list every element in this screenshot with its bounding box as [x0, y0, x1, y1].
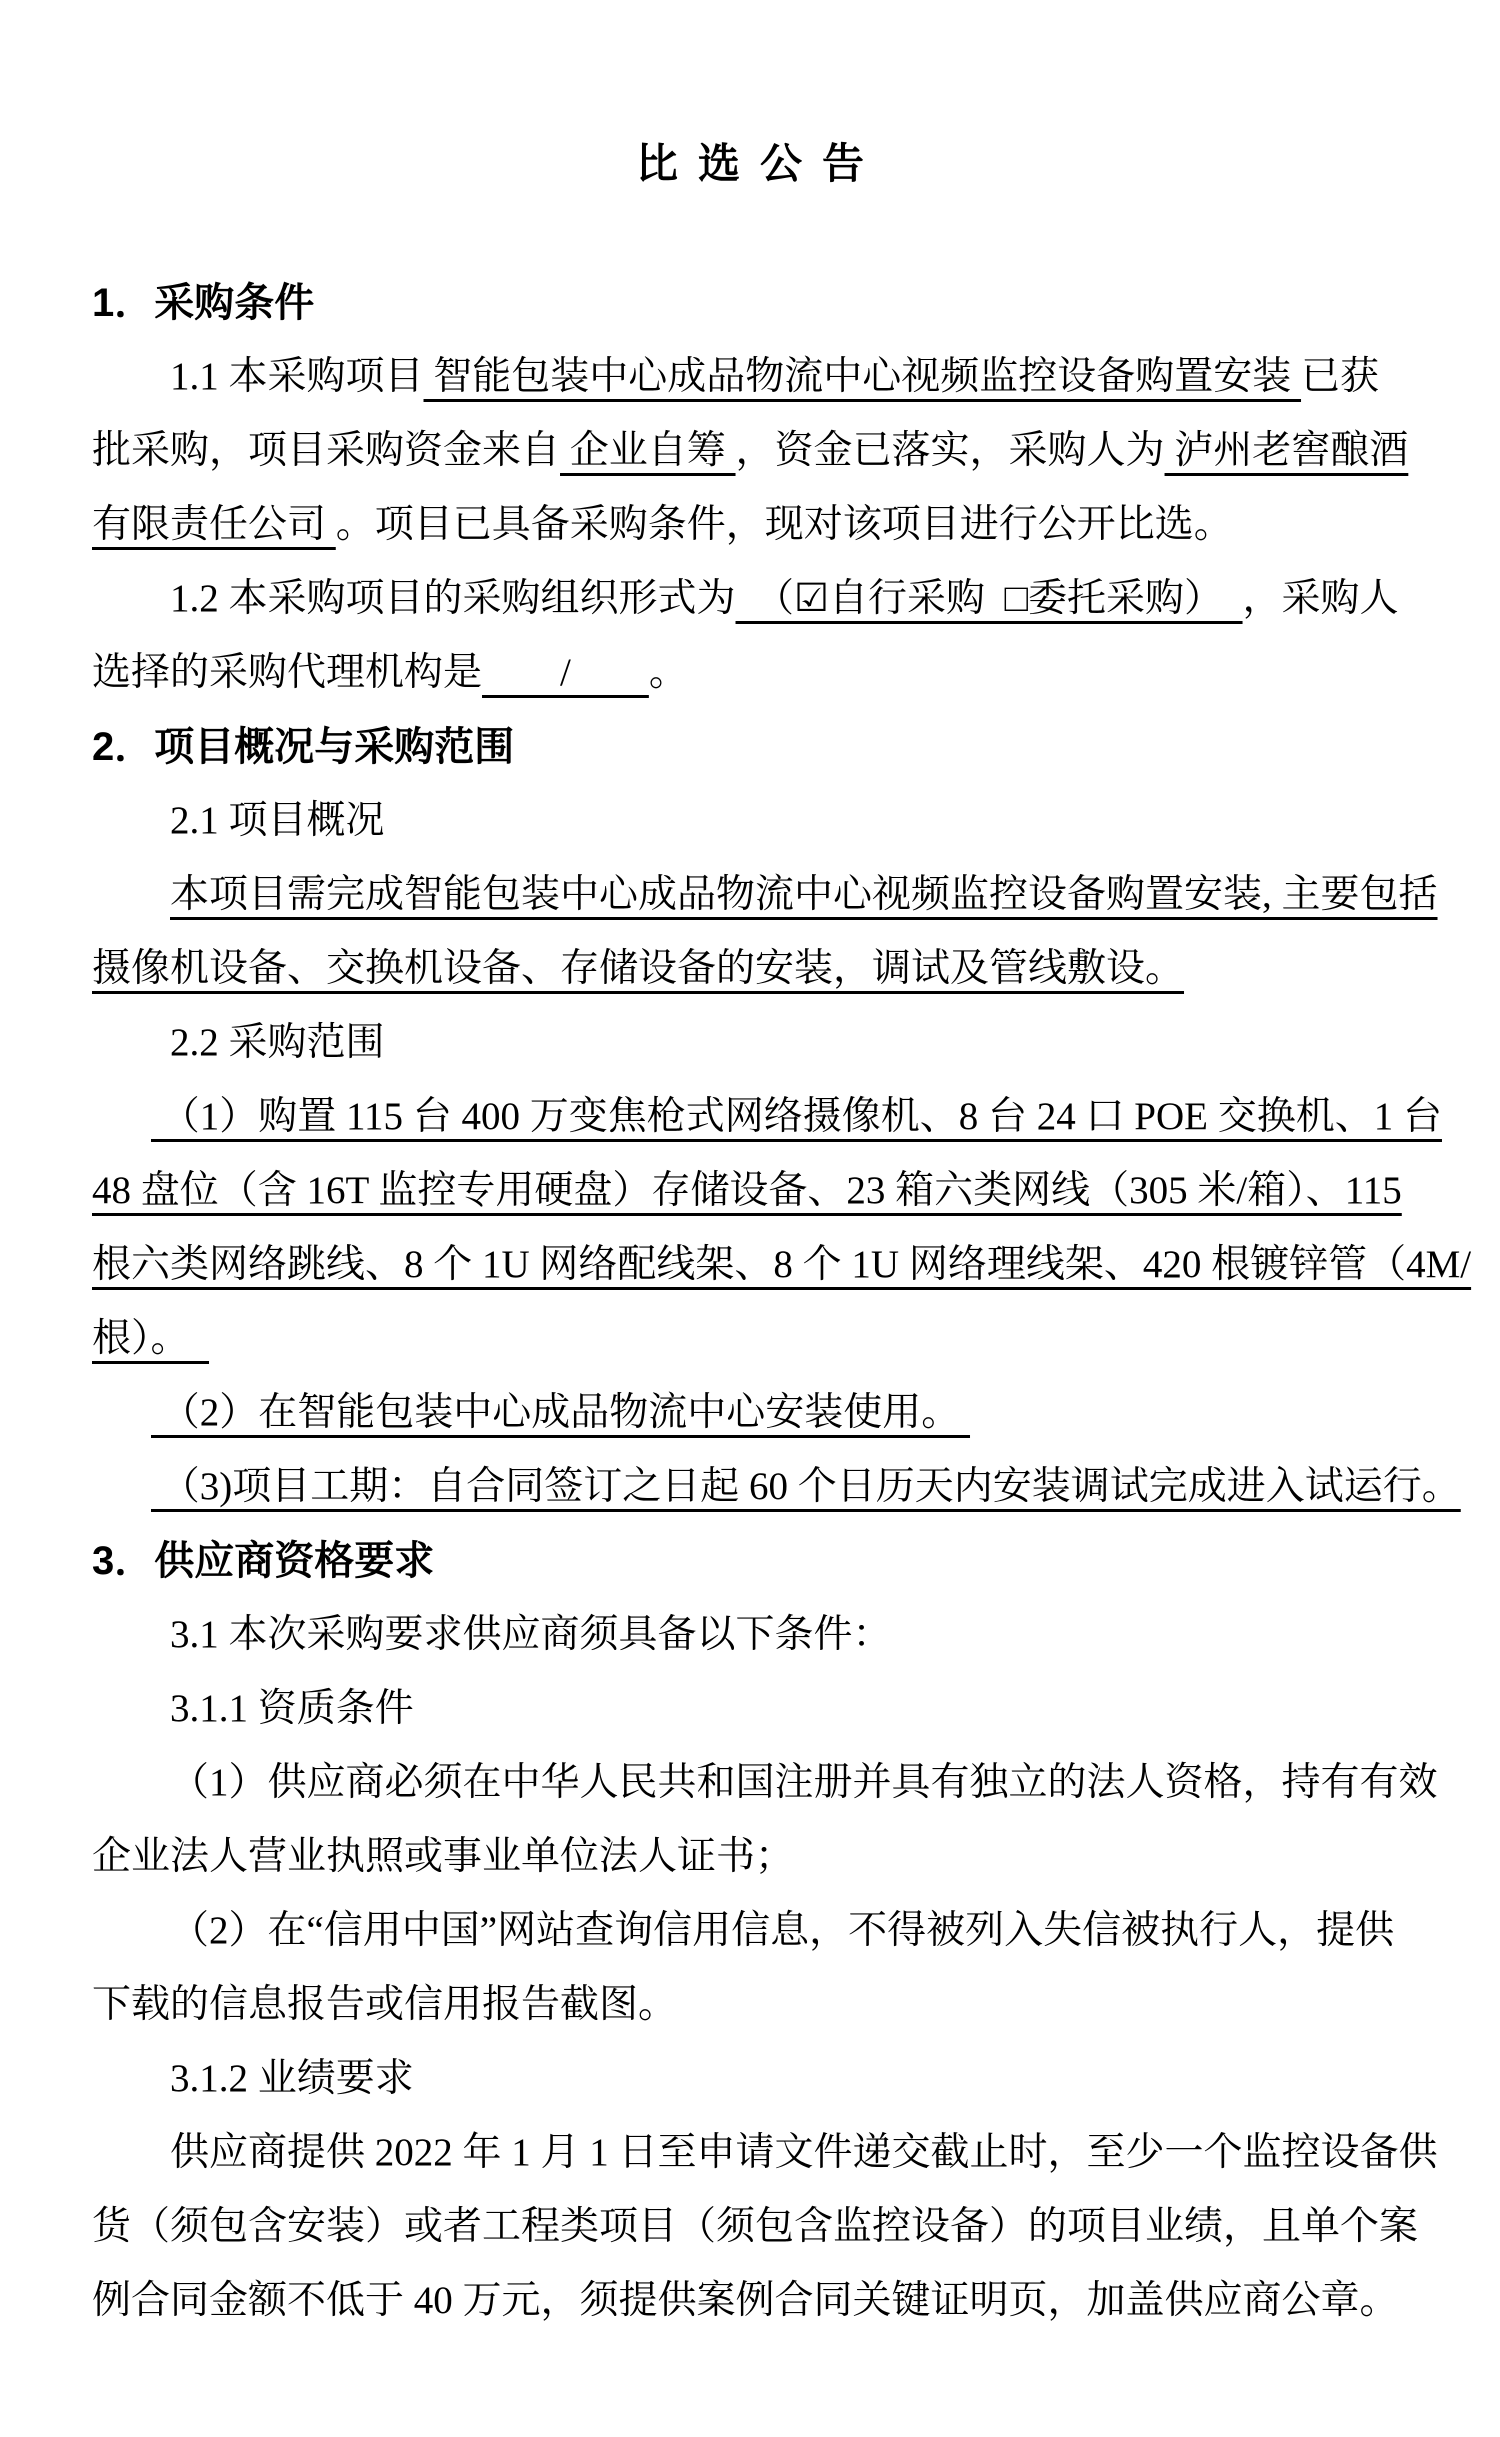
text-segment: 批采购，项目采购资金来自	[92, 429, 560, 472]
underlined-text-segment: （☑自行采购 □委托采购）	[736, 577, 1243, 620]
section-heading: 1．采购条件	[92, 266, 1408, 340]
doc-line: 货（须包含安装）或者工程类项目（须包含监控设备）的项目业绩，且单个案	[92, 2190, 1408, 2264]
doc-line: 有限责任公司 。项目已具备采购条件，现对该项目进行公开比选。	[92, 488, 1408, 562]
underlined-text-segment: （1）购置 115 台 400 万变焦枪式网络摄像机、8 台 24 口 POE …	[151, 1095, 1442, 1138]
doc-line: （2）在智能包装中心成品物流中心安装使用。	[92, 1376, 1408, 1450]
underlined-text-segment: （2）在智能包装中心成品物流中心安装使用。	[151, 1391, 970, 1434]
text-segment: 。	[649, 651, 688, 694]
underlined-text-segment: 根）。	[92, 1317, 209, 1360]
text-segment: 3.1.1 资质条件	[170, 1687, 414, 1730]
text-segment: 货（须包含安装）或者工程类项目（须包含监控设备）的项目业绩，且单个案	[92, 2205, 1418, 2248]
text-segment: 3．供应商资格要求	[92, 1539, 434, 1583]
document-content: 比选公告 1．采购条件1.1 本采购项目 智能包装中心成品物流中心视频监控设备购…	[92, 0, 1408, 2338]
doc-line: 48 盘位（含 16T 监控专用硬盘）存储设备、23 箱六类网线（305 米/箱…	[92, 1154, 1408, 1228]
text-segment: 供应商提供 2022 年 1 月 1 日至申请文件递交截止时，至少一个监控设备供	[170, 2131, 1438, 2174]
text-segment: 下载的信息报告或信用报告截图。	[92, 1983, 677, 2026]
text-segment: 2．项目概况与采购范围	[92, 725, 514, 769]
text-segment: 。项目已具备采购条件，现对该项目进行公开比选。	[336, 503, 1233, 546]
doc-line: 供应商提供 2022 年 1 月 1 日至申请文件递交截止时，至少一个监控设备供	[92, 2116, 1408, 2190]
doc-line: 3.1.2 业绩要求	[92, 2042, 1408, 2116]
underlined-text-segment: 根六类网络跳线、8 个 1U 网络配线架、8 个 1U 网络理线架、420 根镀…	[92, 1243, 1471, 1286]
doc-line: 下载的信息报告或信用报告截图。	[92, 1968, 1408, 2042]
text-segment: （1）供应商必须在中华人民共和国注册并具有独立的法人资格，持有有效	[170, 1761, 1438, 1804]
doc-line: 3.1 本次采购要求供应商须具备以下条件：	[92, 1598, 1408, 1672]
document-body: 1．采购条件1.1 本采购项目 智能包装中心成品物流中心视频监控设备购置安装 已…	[92, 266, 1408, 2338]
underlined-text-segment: 48 盘位（含 16T 监控专用硬盘）存储设备、23 箱六类网线（305 米/箱…	[92, 1169, 1402, 1212]
document-page: 比选公告 1．采购条件1.1 本采购项目 智能包装中心成品物流中心视频监控设备购…	[0, 0, 1500, 2437]
text-segment: ，资金已落实，采购人为	[736, 429, 1165, 472]
text-segment: 3.1 本次采购要求供应商须具备以下条件：	[170, 1613, 892, 1656]
text-segment: 2.1 项目概况	[170, 799, 385, 842]
text-segment: ，采购人	[1243, 577, 1399, 620]
doc-line: （1）购置 115 台 400 万变焦枪式网络摄像机、8 台 24 口 POE …	[92, 1080, 1408, 1154]
doc-line: 根六类网络跳线、8 个 1U 网络配线架、8 个 1U 网络理线架、420 根镀…	[92, 1228, 1408, 1302]
doc-line: 2.1 项目概况	[92, 784, 1408, 858]
text-segment: （2）在“信用中国”网站查询信用信息，不得被列入失信被执行人，提供	[170, 1909, 1394, 1952]
text-segment: 1.1 本采购项目	[170, 355, 424, 398]
doc-line: 1.1 本采购项目 智能包装中心成品物流中心视频监控设备购置安装 已获	[92, 340, 1408, 414]
doc-line: 本项目需完成智能包装中心成品物流中心视频监控设备购置安装, 主要包括	[92, 858, 1408, 932]
doc-line: （1）供应商必须在中华人民共和国注册并具有独立的法人资格，持有有效	[92, 1746, 1408, 1820]
doc-line: （3)项目工期：自合同签订之日起 60 个日历天内安装调试完成进入试运行。	[92, 1450, 1408, 1524]
text-segment: 3.1.2 业绩要求	[170, 2057, 414, 2100]
text-segment: 2.2 采购范围	[170, 1021, 385, 1064]
underlined-text-segment: 泸州老窖酿酒	[1165, 429, 1409, 472]
underlined-text-segment: 摄像机设备、交换机设备、存储设备的安装，调试及管线敷设。	[92, 947, 1184, 990]
doc-line: 例合同金额不低于 40 万元，须提供案例合同关键证明页，加盖供应商公章。	[92, 2264, 1408, 2338]
document-title: 比选公告	[92, 128, 1408, 202]
doc-line: 批采购，项目采购资金来自 企业自筹 ，资金已落实，采购人为 泸州老窖酿酒	[92, 414, 1408, 488]
section-heading: 2．项目概况与采购范围	[92, 710, 1408, 784]
doc-line: 企业法人营业执照或事业单位法人证书；	[92, 1820, 1408, 1894]
doc-line: 摄像机设备、交换机设备、存储设备的安装，调试及管线敷设。	[92, 932, 1408, 1006]
doc-line: （2）在“信用中国”网站查询信用信息，不得被列入失信被执行人，提供	[92, 1894, 1408, 1968]
text-segment: 选择的采购代理机构是	[92, 651, 482, 694]
doc-line: 选择的采购代理机构是 / 。	[92, 636, 1408, 710]
text-segment: 企业法人营业执照或事业单位法人证书；	[92, 1835, 794, 1878]
text-segment: 已获	[1301, 355, 1379, 398]
underlined-text-segment: 智能包装中心成品物流中心视频监控设备购置安装	[424, 355, 1302, 398]
doc-line: 2.2 采购范围	[92, 1006, 1408, 1080]
underlined-text-segment: 有限责任公司	[92, 503, 336, 546]
text-segment: 例合同金额不低于 40 万元，须提供案例合同关键证明页，加盖供应商公章。	[92, 2279, 1399, 2322]
underlined-text-segment: 本项目需完成智能包装中心成品物流中心视频监控设备购置安装, 主要包括	[170, 873, 1438, 916]
section-heading: 3．供应商资格要求	[92, 1524, 1408, 1598]
doc-line: 1.2 本采购项目的采购组织形式为 （☑自行采购 □委托采购） ，采购人	[92, 562, 1408, 636]
underlined-text-segment: /	[482, 651, 649, 694]
text-segment: 1.2 本采购项目的采购组织形式为	[170, 577, 736, 620]
text-segment: 1．采购条件	[92, 281, 314, 325]
doc-line: 根）。	[92, 1302, 1408, 1376]
doc-line: 3.1.1 资质条件	[92, 1672, 1408, 1746]
underlined-text-segment: 企业自筹	[560, 429, 736, 472]
underlined-text-segment: （3)项目工期：自合同签订之日起 60 个日历天内安装调试完成进入试运行。	[151, 1465, 1461, 1508]
